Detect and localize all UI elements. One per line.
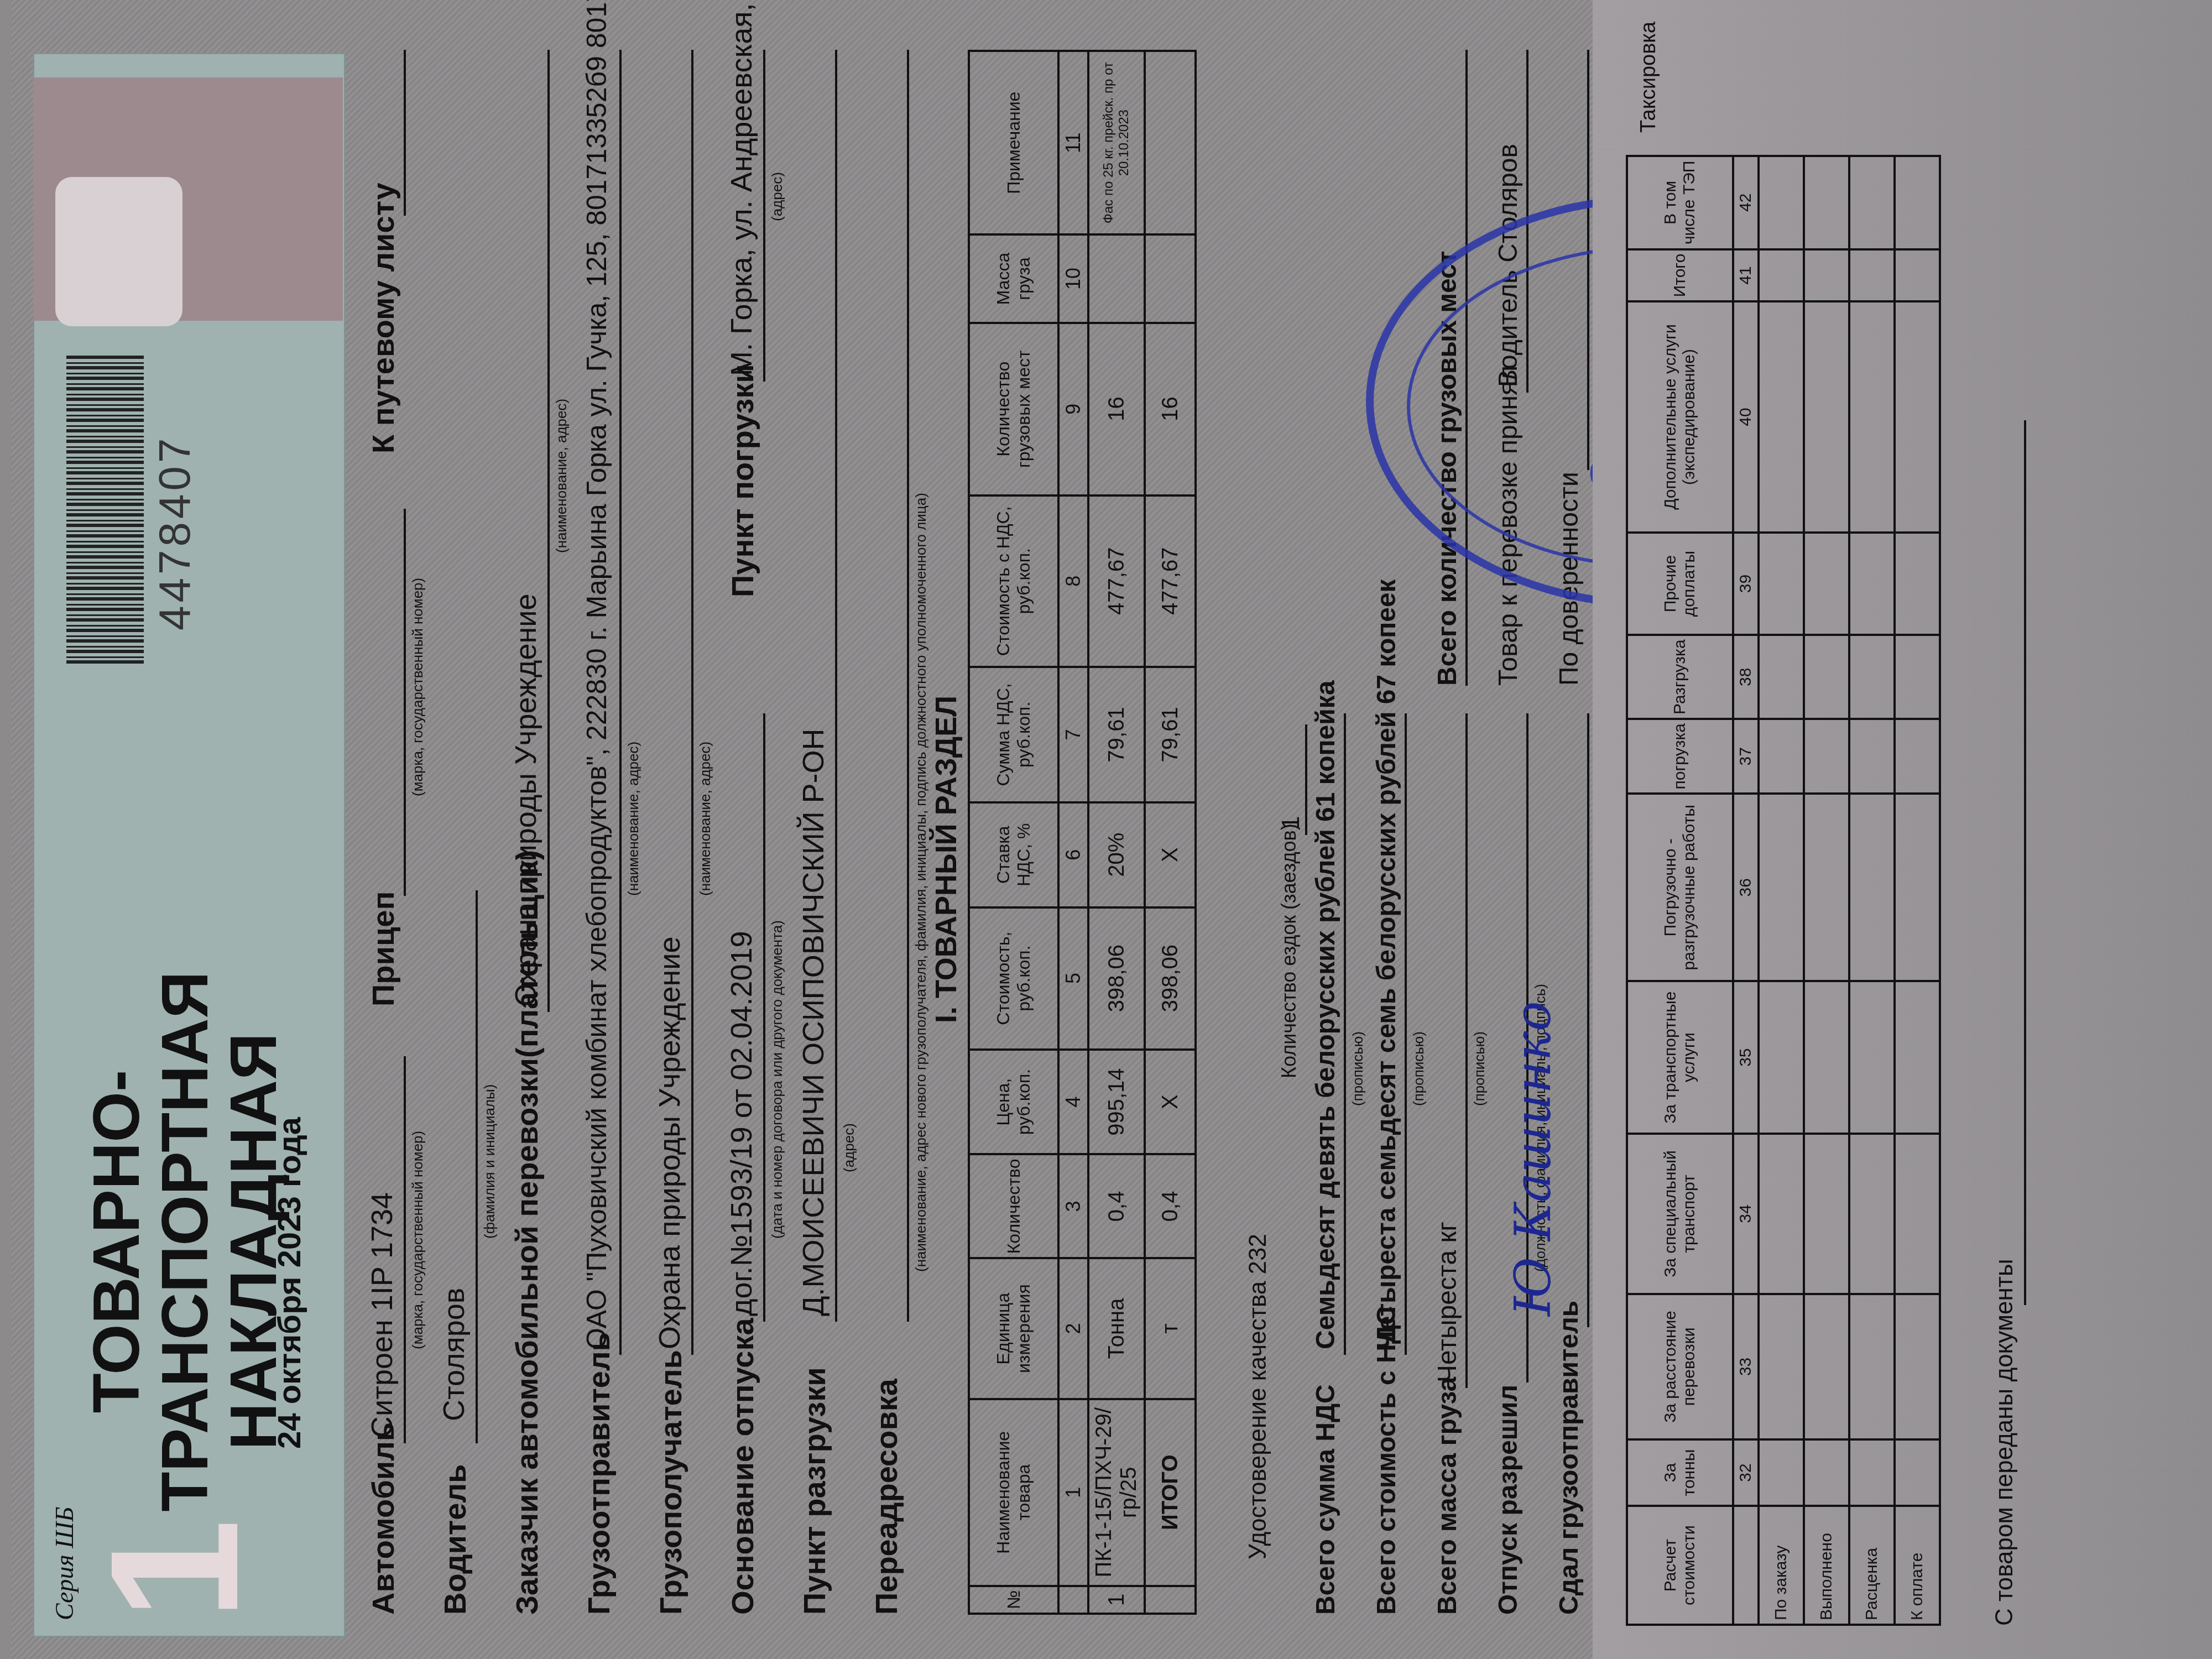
cost-number-cell: 36 — [1733, 794, 1759, 982]
goods-number-row: 1234567891011 — [1058, 51, 1088, 1614]
documents-label: С товаром переданы документы — [1991, 1259, 2018, 1626]
goods-header-cell: Примечание — [969, 51, 1058, 234]
cost-header-cell: Погрузочно - разгрузочные работы — [1627, 794, 1733, 982]
cost-cell — [1849, 635, 1895, 719]
cost-taxing-label: Таксировка — [1637, 22, 1661, 133]
goods-header-cell: Цена, руб.коп. — [969, 1050, 1058, 1155]
consignee-label: Грузополучатель — [653, 1350, 688, 1615]
table-row: К оплате — [1895, 156, 1940, 1625]
waybill-lower-part: Расчет стоимостиЗа тонныЗа расстояние пе… — [1593, 0, 2212, 1659]
basis-label: Основание отпуска — [724, 1318, 760, 1615]
goods-total-row: ИТОГОт0,4X398,06X79,61477,6716 — [1145, 51, 1196, 1614]
cost-cell — [1759, 301, 1804, 532]
mass-in-words-hint: (прописью) — [1471, 1031, 1488, 1106]
goods-cell: 20% — [1088, 802, 1145, 907]
cost-cell — [1804, 1134, 1849, 1294]
goods-cell: ПК-1-15/ПХЧ-29/гр/25 — [1088, 1399, 1145, 1586]
cost-number-cell: 34 — [1733, 1134, 1759, 1294]
cost-header-cell: За тонны — [1627, 1439, 1733, 1506]
goods-cell: 0,4 — [1088, 1154, 1145, 1258]
cost-header-cell: Расчет стоимости — [1627, 1506, 1733, 1625]
handed-by-underline — [1587, 713, 1589, 1327]
cost-cell — [1849, 981, 1895, 1134]
unloading-point-underline — [835, 50, 837, 1322]
form-number: 1 — [83, 1519, 265, 1620]
cost-cell — [1849, 249, 1895, 302]
goods-total-cell: X — [1145, 802, 1196, 907]
unloading-point-label: Пункт разгрузки — [796, 1367, 832, 1615]
documents-line — [2024, 420, 2026, 1305]
cost-row-label: Расценка — [1849, 1506, 1895, 1625]
goods-total-cell: 398,06 — [1145, 907, 1196, 1050]
vat-in-words-hint: (прописью) — [1349, 1031, 1366, 1106]
goods-total-cell: 0,4 — [1145, 1154, 1196, 1258]
cost-header-cell: Дополнительные услуги (экспедирование) — [1627, 301, 1733, 532]
cost-cell — [1759, 719, 1804, 794]
cost-cell — [1895, 249, 1940, 302]
goods-cell: 79,61 — [1088, 667, 1145, 802]
mass-label: Всего масса груза — [1432, 1377, 1463, 1615]
handed-by-label: Сдал грузоотправитель — [1554, 1301, 1584, 1615]
cost-number-cell — [1733, 1506, 1759, 1625]
waybill-ref-label: К путевому листу — [365, 182, 401, 453]
handed-by-signature: Ю Кашинко — [1504, 1001, 1562, 1316]
cost-cell — [1804, 794, 1849, 982]
readdress-underline — [907, 50, 909, 1322]
trailer-label: Прицеп — [365, 891, 401, 1006]
loading-point-hint: (адрес) — [769, 172, 786, 221]
cost-cell — [1895, 301, 1940, 532]
goods-number-cell: 8 — [1058, 495, 1088, 667]
cost-cell — [1759, 249, 1804, 302]
cost-cell — [1849, 156, 1895, 249]
cost-cell — [1759, 1134, 1804, 1294]
cost-cell — [1895, 533, 1940, 635]
cost-number-cell: 41 — [1733, 249, 1759, 302]
shipper-underline — [619, 50, 622, 1355]
goods-number-cell: 4 — [1058, 1050, 1088, 1155]
table-row: Расценка — [1849, 156, 1895, 1625]
goods-header-cell: Стоимость, руб.коп. — [969, 907, 1058, 1050]
driver-value: Столяров — [437, 1288, 471, 1421]
vehicle-hint: (марка, государственный номер) — [409, 1131, 426, 1349]
goods-cell: 1 — [1088, 1586, 1145, 1614]
cost-header-cell: За транспортные услуги — [1627, 981, 1733, 1134]
cost-number-cell: 37 — [1733, 719, 1759, 794]
cost-number-cell: 38 — [1733, 635, 1759, 719]
driver-hint: (фамилия и инициалы) — [481, 1084, 498, 1239]
document-date: 24 октября 2023 года — [271, 1117, 308, 1449]
goods-section-title: I. ТОВАРНЫЙ РАЗДЕЛ — [929, 696, 963, 1023]
goods-number-cell: 11 — [1058, 51, 1088, 234]
cost-cell — [1849, 533, 1895, 635]
goods-header-cell: Стоимость с НДС, руб.коп. — [969, 495, 1058, 667]
loading-point-label: Пункт погрузки — [724, 364, 760, 597]
cost-cell — [1804, 719, 1849, 794]
vehicle-underline — [404, 1056, 406, 1443]
cost-cell — [1804, 249, 1849, 302]
table-row: Выполнено — [1804, 156, 1849, 1625]
goods-header-cell: Ставка НДС, % — [969, 802, 1058, 907]
cost-cell — [1849, 794, 1895, 982]
shipper-label: Грузоотправитель — [581, 1332, 617, 1615]
goods-number-cell: 9 — [1058, 323, 1088, 495]
cost-header-cell: Прочие доплаты — [1627, 533, 1733, 635]
cost-cell — [1804, 301, 1849, 532]
cost-cell — [1849, 1439, 1895, 1506]
goods-number-cell: 1 — [1058, 1399, 1088, 1586]
unloading-point-hint: (адрес) — [841, 1123, 858, 1172]
cost-cell — [1759, 981, 1804, 1134]
customer-hint: (наименование, адрес) — [553, 399, 570, 553]
cost-cell — [1804, 981, 1849, 1134]
shipper-value: ОАО "Пуховичский комбинат хлебопродуктов… — [581, 0, 613, 1349]
cost-header-cell: За расстояние перевозки — [1627, 1294, 1733, 1439]
readdress-label: Переадресовка — [868, 1379, 904, 1615]
cost-row-label: Выполнено — [1804, 1506, 1849, 1625]
total-with-vat-underline — [1405, 713, 1407, 1355]
goods-number-cell: 10 — [1058, 234, 1088, 322]
goods-header-cell: Наименование товара — [969, 1399, 1058, 1586]
cost-number-row: 3233343536373839404142 — [1733, 156, 1759, 1625]
barcode-icon — [66, 354, 144, 664]
goods-number-cell: 3 — [1058, 1154, 1088, 1258]
cost-header-row: Расчет стоимостиЗа тонныЗа расстояние пе… — [1627, 156, 1733, 1625]
trips-value: 1 — [1277, 816, 1305, 830]
cost-row-label: К оплате — [1895, 1506, 1940, 1625]
goods-cell: 477,67 — [1088, 495, 1145, 667]
cost-cell — [1849, 1294, 1895, 1439]
cost-header-cell: Итого — [1627, 249, 1733, 302]
cost-number-cell: 35 — [1733, 981, 1759, 1134]
total-in-words-hint: (прописью) — [1410, 1031, 1427, 1106]
cost-cell — [1804, 533, 1849, 635]
goods-header-cell: Количество — [969, 1154, 1058, 1258]
cost-calculation-table: Расчет стоимостиЗа тонныЗа расстояние пе… — [1626, 155, 1941, 1626]
cost-cell — [1759, 794, 1804, 982]
cost-cell — [1895, 156, 1940, 249]
driver-underline — [476, 890, 478, 1443]
customer-underline — [547, 50, 550, 1012]
goods-total-cell — [1145, 234, 1196, 322]
goods-number-cell: 2 — [1058, 1258, 1088, 1399]
release-allowed-label: Отпуск разрешил — [1493, 1385, 1524, 1615]
title-line-1: ТОВАРНО-ТРАНСПОРТНАЯ — [83, 951, 220, 1532]
cost-cell — [1895, 1294, 1940, 1439]
cost-number-cell: 33 — [1733, 1294, 1759, 1439]
cost-cell — [1895, 1134, 1940, 1294]
goods-total-cell: 79,61 — [1145, 667, 1196, 802]
goods-number-cell: 5 — [1058, 907, 1088, 1050]
trailer-hint: (марка, государственный номер) — [409, 578, 426, 796]
cost-cell — [1759, 635, 1804, 719]
goods-total-cell: ИТОГО — [1145, 1399, 1196, 1586]
goods-number-cell — [1058, 1586, 1088, 1614]
cost-cell — [1895, 1439, 1940, 1506]
cost-number-cell: 39 — [1733, 533, 1759, 635]
cost-cell — [1849, 719, 1895, 794]
consignee-hint: (наименование, адрес) — [697, 742, 714, 896]
total-with-vat-label: Всего стоимость с НДС — [1371, 1306, 1402, 1615]
cost-cell — [1759, 1294, 1804, 1439]
table-row: По заказу — [1759, 156, 1804, 1625]
mass-underline — [1465, 713, 1468, 1388]
cost-cell — [1895, 719, 1940, 794]
barcode-number: 4478407 — [149, 435, 200, 630]
goods-total-cell — [1145, 1586, 1196, 1614]
goods-total-cell: 477,67 — [1145, 495, 1196, 667]
cost-cell — [1804, 1439, 1849, 1506]
vat-total-label: Всего сумма НДС — [1311, 1384, 1341, 1615]
cost-cell — [1759, 156, 1804, 249]
vat-total-value: Семьдесят девять белорусских рублей 61 к… — [1311, 681, 1341, 1349]
consignee-value: Охрана природы Учреждение — [653, 936, 687, 1349]
cost-number-cell: 42 — [1733, 156, 1759, 249]
readdress-hint: (наименование, адрес нового грузополучат… — [912, 493, 930, 1272]
goods-header-cell: Единица измерения — [969, 1258, 1058, 1399]
goods-header-row: №Наименование товараЕдиница измеренияКол… — [969, 51, 1058, 1614]
goods-total-cell: X — [1145, 1050, 1196, 1155]
goods-number-cell: 6 — [1058, 802, 1088, 907]
goods-header-cell: Масса груза — [969, 234, 1058, 322]
goods-header-cell: № — [969, 1586, 1058, 1614]
unloading-point-value: Д.МОИСЕЕВИЧИ ОСИПОВИЧСКИЙ Р-ОН — [796, 728, 831, 1316]
cost-cell — [1849, 301, 1895, 532]
goods-number-cell: 7 — [1058, 667, 1088, 802]
goods-cell: 16 — [1088, 323, 1145, 495]
cost-header-cell: В том числе ТЭП — [1627, 156, 1733, 249]
cost-cell — [1849, 1134, 1895, 1294]
trailer-underline — [404, 509, 406, 896]
waybill-ref-underline — [404, 50, 406, 216]
trips-label: Количество ездок (заездов) — [1277, 823, 1301, 1078]
cost-header-cell: Разгрузка — [1627, 635, 1733, 719]
cost-cell — [1895, 635, 1940, 719]
cost-number-cell: 40 — [1733, 301, 1759, 532]
goods-total-cell: 16 — [1145, 323, 1196, 495]
goods-cell: Фас по 25 кг. прейск. пр от 20.10.2023 — [1088, 51, 1145, 234]
cost-row-label: По заказу — [1759, 1506, 1804, 1625]
trips-underline — [1305, 724, 1307, 835]
cost-cell — [1804, 635, 1849, 719]
basis-underline — [763, 713, 765, 1322]
vat-total-underline — [1344, 713, 1346, 1355]
shipper-hint: (наименование, адрес) — [625, 742, 642, 896]
goods-cell: 398,06 — [1088, 907, 1145, 1050]
goods-total-cell — [1145, 51, 1196, 234]
vehicle-label: Автомобиль — [365, 1422, 401, 1615]
basis-hint: (дата и номер договора или другого докум… — [769, 920, 786, 1239]
goods-total-cell: т — [1145, 1258, 1196, 1399]
consignee-underline — [691, 50, 693, 1355]
cost-number-cell: 32 — [1733, 1439, 1759, 1506]
basis-value: дог.№1593/19 от 02.04.2019 — [724, 931, 759, 1316]
customer-value: Охрана природы Учреждение — [509, 593, 543, 1006]
cost-cell — [1895, 981, 1940, 1134]
hologram-icon — [55, 177, 182, 326]
goods-cell: Тонна — [1088, 1258, 1145, 1399]
table-row: 1ПК-1-15/ПХЧ-29/гр/25Тонна0,4995,14398,0… — [1088, 51, 1145, 1614]
goods-header-cell: Количество грузовых мест — [969, 323, 1058, 495]
total-with-vat-value: Четыреста семьдесят семь белорусских руб… — [1371, 579, 1402, 1349]
cost-cell — [1759, 533, 1804, 635]
mass-value: Четыреста кг — [1432, 1222, 1463, 1383]
cost-header-cell: погрузка — [1627, 719, 1733, 794]
cost-cell — [1759, 1439, 1804, 1506]
cost-layer: Расчет стоимостиЗа тонныЗа расстояние пе… — [1593, 0, 2212, 1659]
cost-cell — [1895, 794, 1940, 982]
cost-header-cell: За специальный транспорт — [1627, 1134, 1733, 1294]
loading-point-value: М. Горка, ул. Андреевская, 12 — [724, 0, 759, 376]
goods-cell — [1088, 234, 1145, 322]
quality-cert: Удостоверение качества 232 — [1244, 1234, 1272, 1559]
goods-table: №Наименование товараЕдиница измеренияКол… — [968, 50, 1197, 1615]
goods-cell: 995,14 — [1088, 1050, 1145, 1155]
document-title: ТОВАРНО-ТРАНСПОРТНАЯ НАКЛАДНАЯ — [83, 951, 289, 1532]
cost-cell — [1804, 1294, 1849, 1439]
vehicle-value: Ситроен 1IP 1734 — [365, 1192, 399, 1438]
goods-header-cell: Сумма НДС, руб.коп. — [969, 667, 1058, 802]
driver-label: Водитель — [437, 1464, 473, 1615]
loading-point-underline — [763, 50, 765, 382]
cost-cell — [1804, 156, 1849, 249]
